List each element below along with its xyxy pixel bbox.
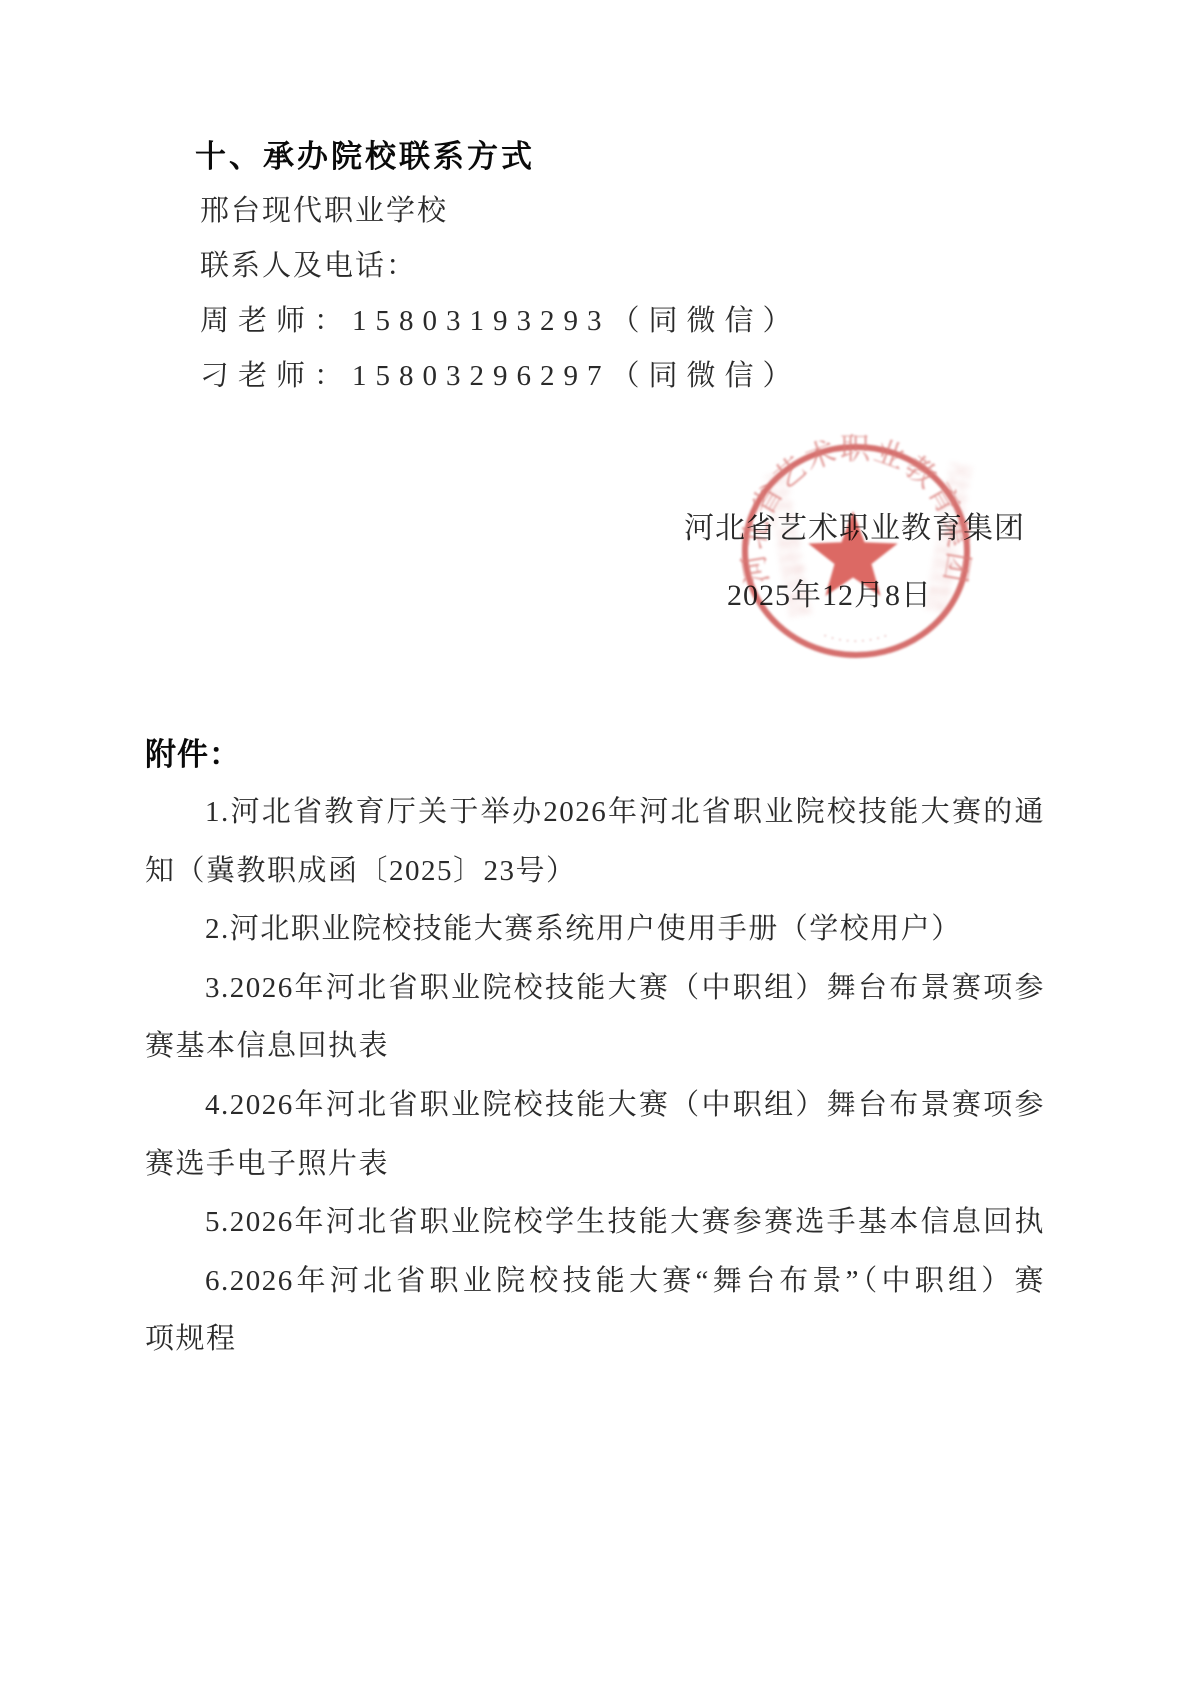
attachment-line: 1.河北省教育厅关于举办2026年河北省职业院校技能大赛的通 [145,783,1045,842]
attachment-line: 项规程 [145,1310,1045,1369]
attachment-line: 4.2026年河北省职业院校技能大赛（中职组）舞台布景赛项参 [145,1076,1045,1135]
document-page: 十、承办院校联系方式 邢台现代职业学校 联系人及电话： 周老师：15803193… [0,0,1190,1684]
attachment-line: 知（冀教职成函〔2025〕23号） [145,842,1045,901]
attachment-line: 2.河北职业院校技能大赛系统用户使用手册（学校用户） [145,900,1045,959]
contact-label: 联系人及电话： [200,239,1060,294]
signature-date: 2025年12月8日 [727,570,932,614]
contact-block: 邢台现代职业学校 联系人及电话： 周老师：15803193293（同微信） 刁老… [200,184,1060,404]
phone-line-diao: 刁老师：15803296297（同微信） [200,349,1060,404]
attachment-line: 6.2026年河北省职业院校技能大赛“舞台布景”（中职组）赛 [145,1252,1045,1311]
attachment-line: 5.2026年河北省职业院校学生技能大赛参赛选手基本信息回执 [145,1193,1045,1252]
attachments-list: 1.河北省教育厅关于举办2026年河北省职业院校技能大赛的通 知（冀教职成函〔2… [145,783,1045,1369]
attachments-label: 附件： [145,729,241,774]
attachment-line: 赛选手电子照片表 [145,1135,1045,1194]
attachment-line: 3.2026年河北省职业院校技能大赛（中职组）舞台布景赛项参 [145,959,1045,1018]
section-heading: 十、承办院校联系方式 [195,131,535,176]
seal-code-marks-group: ········· [821,627,893,648]
phone-line-zhou: 周老师：15803193293（同微信） [200,294,1060,349]
seal-ring-icon [745,447,967,655]
attachment-line: 赛基本信息回执表 [145,1017,1045,1076]
school-name: 邢台现代职业学校 [200,184,1060,239]
seal-code-marks: ········· [821,627,893,648]
signature-organization: 河北省艺术职业教育集团 [684,503,1025,547]
